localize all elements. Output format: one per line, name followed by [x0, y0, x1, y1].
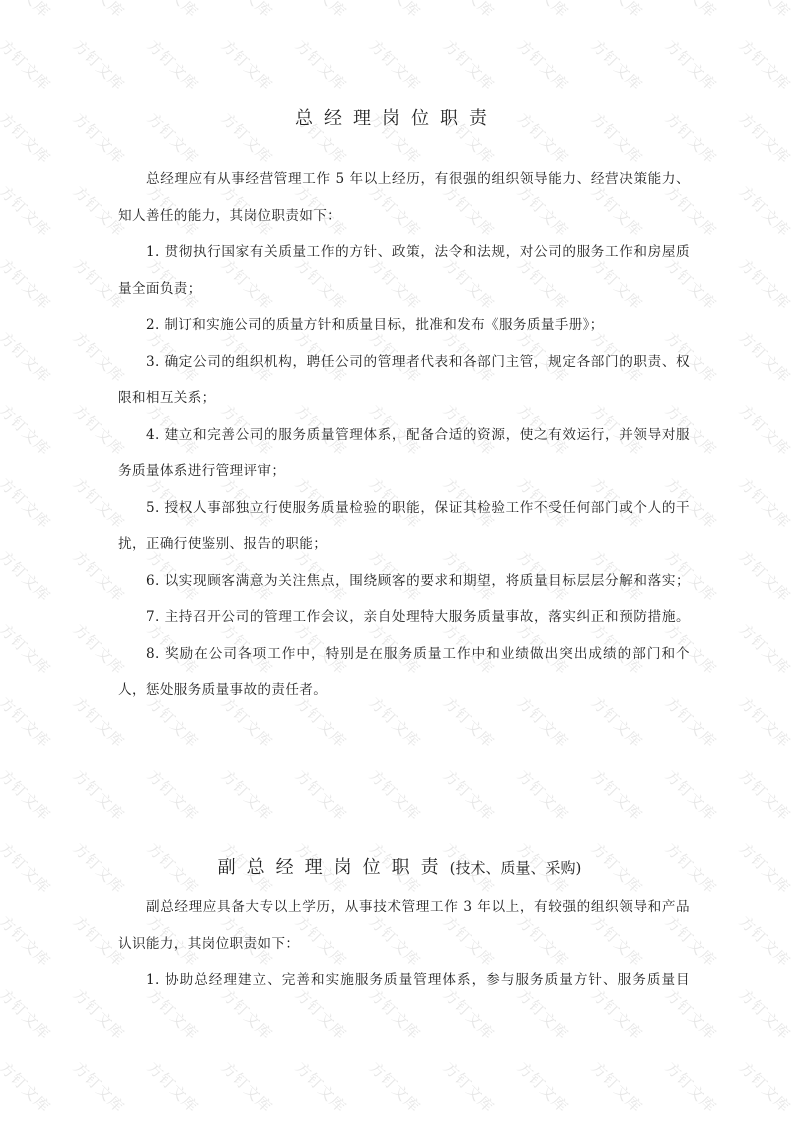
duty-4-line-2: 务质量体系进行管理评审；	[118, 462, 690, 480]
duty-1-line-2: 量全面负责；	[118, 280, 690, 298]
vp-duty-1-line-1: 1. 协助总经理建立、完善和实施服务质量管理体系，参与服务质量方针、服务质量目	[146, 971, 690, 989]
duty-6-line-1: 6. 以实现顾客满意为关注焦点，围绕顾客的要求和期望，将质量目标层层分解和落实；	[146, 572, 690, 590]
section1-intro-line-2: 知人善任的能力，其岗位职责如下：	[118, 207, 690, 225]
section1-title: 总经理岗位职责	[0, 104, 793, 130]
duty-7-line-1: 7. 主持召开公司的管理工作会议，亲自处理特大服务质量事故，落实纠正和预防措施。	[146, 608, 690, 626]
section2-title-suffix: (技术、质量、采购)	[450, 859, 582, 877]
duty-2-line-1: 2. 制订和实施公司的质量方针和质量目标，批准和发布《服务质量手册》；	[146, 316, 690, 334]
section2-intro-line-2: 认识能力，其岗位职责如下：	[118, 935, 690, 953]
duty-5-line-1: 5. 授权人事部独立行使服务质量检验的职能，保证其检验工作不受任何部门或个人的干	[146, 499, 690, 517]
section2-title: 副总经理岗位职责(技术、质量、采购)	[3, 853, 793, 879]
duty-1-line-1: 1. 贯彻执行国家有关质量工作的方针、政策，法令和法规，对公司的服务工作和房屋质	[146, 243, 690, 261]
duty-8-line-2: 人，惩处服务质量事故的责任者。	[118, 681, 690, 699]
duty-3-line-2: 限和相互关系；	[118, 389, 690, 407]
duty-4-line-1: 4. 建立和完善公司的服务质量管理体系，配备合适的资源，使之有效运行，并领导对服	[146, 426, 690, 444]
section1-intro-line-1: 总经理应有从事经营管理工作 5 年以上经历，有很强的组织领导能力、经营决策能力、	[146, 170, 690, 188]
duty-8-line-1: 8. 奖励在公司各项工作中，特别是在服务质量工作中和业绩做出突出成绩的部门和个	[146, 645, 690, 663]
document-page: 总经理岗位职责 总经理应有从事经营管理工作 5 年以上经历，有很强的组织领导能力…	[0, 0, 793, 1122]
section2-title-main: 副总经理岗位职责	[218, 857, 450, 878]
duty-3-line-1: 3. 确定公司的组织机构，聘任公司的管理者代表和各部门主管，规定各部门的职责、权	[146, 353, 690, 371]
duty-5-line-2: 扰，正确行使鉴别、报告的职能；	[118, 535, 690, 553]
section2-intro-line-1: 副总经理应具备大专以上学历，从事技术管理工作 3 年以上，有较强的组织领导和产品	[146, 898, 690, 916]
